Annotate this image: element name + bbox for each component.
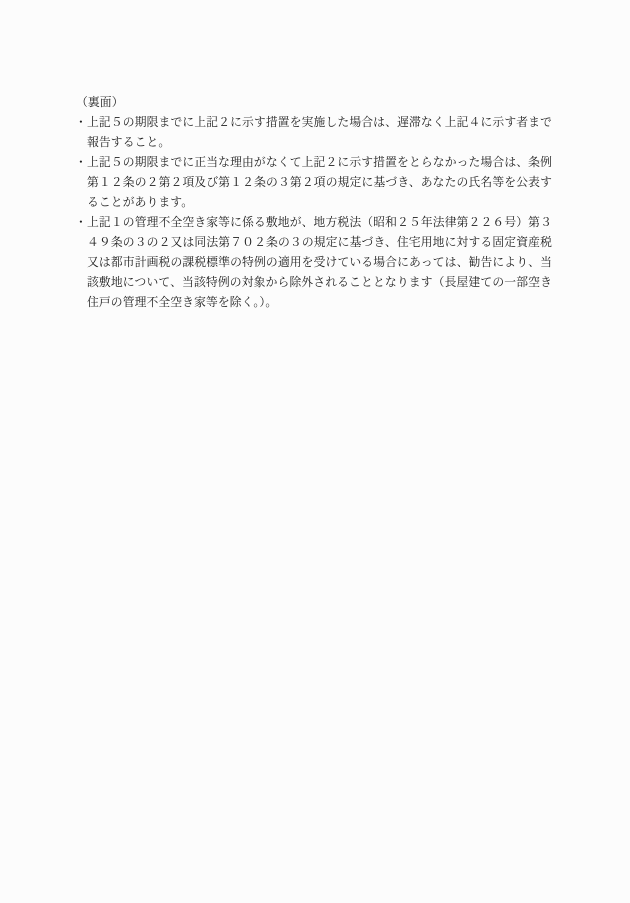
note-text: 上記１の管理不全空き家等に係る敷地が、地方税法（昭和２５年法律第２２６号）第３４…: [87, 215, 552, 309]
note-item: ・ 上記５の期限までに上記２に示す措置を実施した場合は、遅滞なく上記４に示す者ま…: [75, 112, 552, 152]
note-item: ・ 上記１の管理不全空き家等に係る敷地が、地方税法（昭和２５年法律第２２６号）第…: [75, 212, 552, 312]
page-side-label: （裏面）: [75, 92, 552, 112]
note-text: 上記５の期限までに正当な理由がなくて上記２に示す措置をとらなかった場合は、条例第…: [87, 155, 552, 209]
notes-list: ・ 上記５の期限までに上記２に示す措置を実施した場合は、遅滞なく上記４に示す者ま…: [75, 112, 552, 312]
note-text: 上記５の期限までに上記２に示す措置を実施した場合は、遅滞なく上記４に示す者まで報…: [87, 115, 552, 149]
bullet-marker: ・: [75, 112, 87, 132]
bullet-marker: ・: [75, 152, 87, 172]
bullet-marker: ・: [75, 212, 87, 232]
document-page: （裏面） ・ 上記５の期限までに上記２に示す措置を実施した場合は、遅滞なく上記４…: [0, 0, 630, 903]
note-item: ・ 上記５の期限までに正当な理由がなくて上記２に示す措置をとらなかった場合は、条…: [75, 152, 552, 212]
document-content: （裏面） ・ 上記５の期限までに上記２に示す措置を実施した場合は、遅滞なく上記４…: [75, 92, 552, 312]
